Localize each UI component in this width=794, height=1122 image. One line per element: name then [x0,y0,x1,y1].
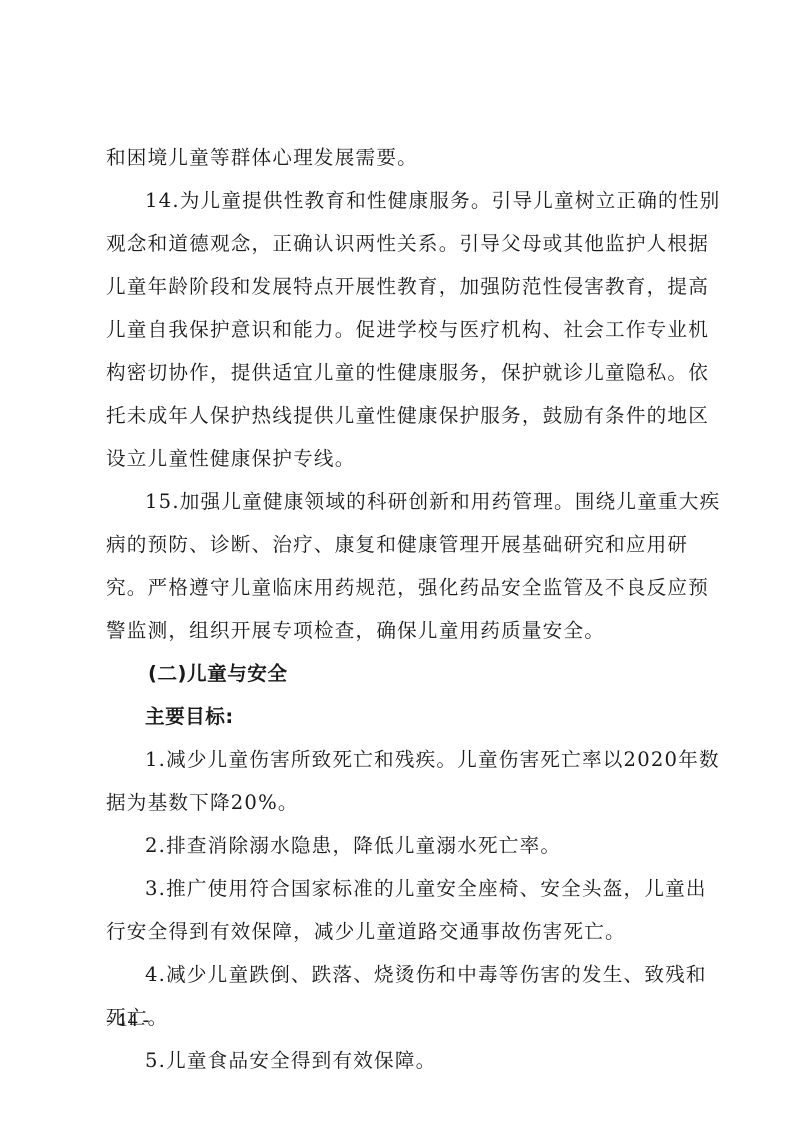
paragraph-line: 儿童自我保护意识和能力。促进学校与医疗机构、社会工作专业机 [106,318,688,342]
page-number: - 14 - [106,1008,149,1032]
paragraph-line: 观念和道德观念，正确认识两性关系。引导父母或其他监护人根据 [106,232,688,256]
document-page: 和困境儿童等群体心理发展需要。 14.为儿童提供性教育和性健康服务。引导儿童树立… [0,0,794,1122]
paragraph-line: 托未成年人保护热线提供儿童性健康保护服务，鼓励有条件的地区 [106,404,688,428]
paragraph-line: 4.减少儿童跌倒、跌落、烧烫伤和中毒等伤害的发生、致残和 [145,963,688,987]
paragraph-line: 行安全得到有效保障，减少儿童道路交通事故伤害死亡。 [106,920,688,944]
paragraph-line: 死亡。 [106,1006,688,1030]
section-heading: (二)儿童与安全 [148,662,691,686]
paragraph-line: 设立儿童性健康保护专线。 [106,447,688,471]
subsection-heading: 主要目标: [145,705,688,729]
paragraph-line: 警监测，组织开展专项检查，确保儿童用药质量安全。 [106,619,688,643]
paragraph-line: 究。严格遵守儿童临床用药规范，强化药品安全监管及不良反应预 [106,576,688,600]
paragraph-line: 15.加强儿童健康领域的科研创新和用药管理。围绕儿童重大疾 [145,490,688,514]
paragraph-line: 1.减少儿童伤害所致死亡和残疾。儿童伤害死亡率以2020年数 [145,748,688,772]
paragraph-line: 和困境儿童等群体心理发展需要。 [106,146,688,170]
paragraph-line: 儿童年龄阶段和发展特点开展性教育，加强防范性侵害教育，提高 [106,275,688,299]
paragraph-line: 2.排查消除溺水隐患，降低儿童溺水死亡率。 [145,834,688,858]
paragraph-line: 据为基数下降20%。 [106,791,688,815]
paragraph-line: 14.为儿童提供性教育和性健康服务。引导儿童树立正确的性别 [145,189,688,213]
paragraph-line: 3.推广使用符合国家标准的儿童安全座椅、安全头盔，儿童出 [145,877,688,901]
paragraph-line: 5.儿童食品安全得到有效保障。 [145,1049,688,1073]
paragraph-line: 构密切协作，提供适宜儿童的性健康服务，保护就诊儿童隐私。依 [106,361,688,385]
paragraph-line: 病的预防、诊断、治疗、康复和健康管理开展基础研究和应用研 [106,533,688,557]
